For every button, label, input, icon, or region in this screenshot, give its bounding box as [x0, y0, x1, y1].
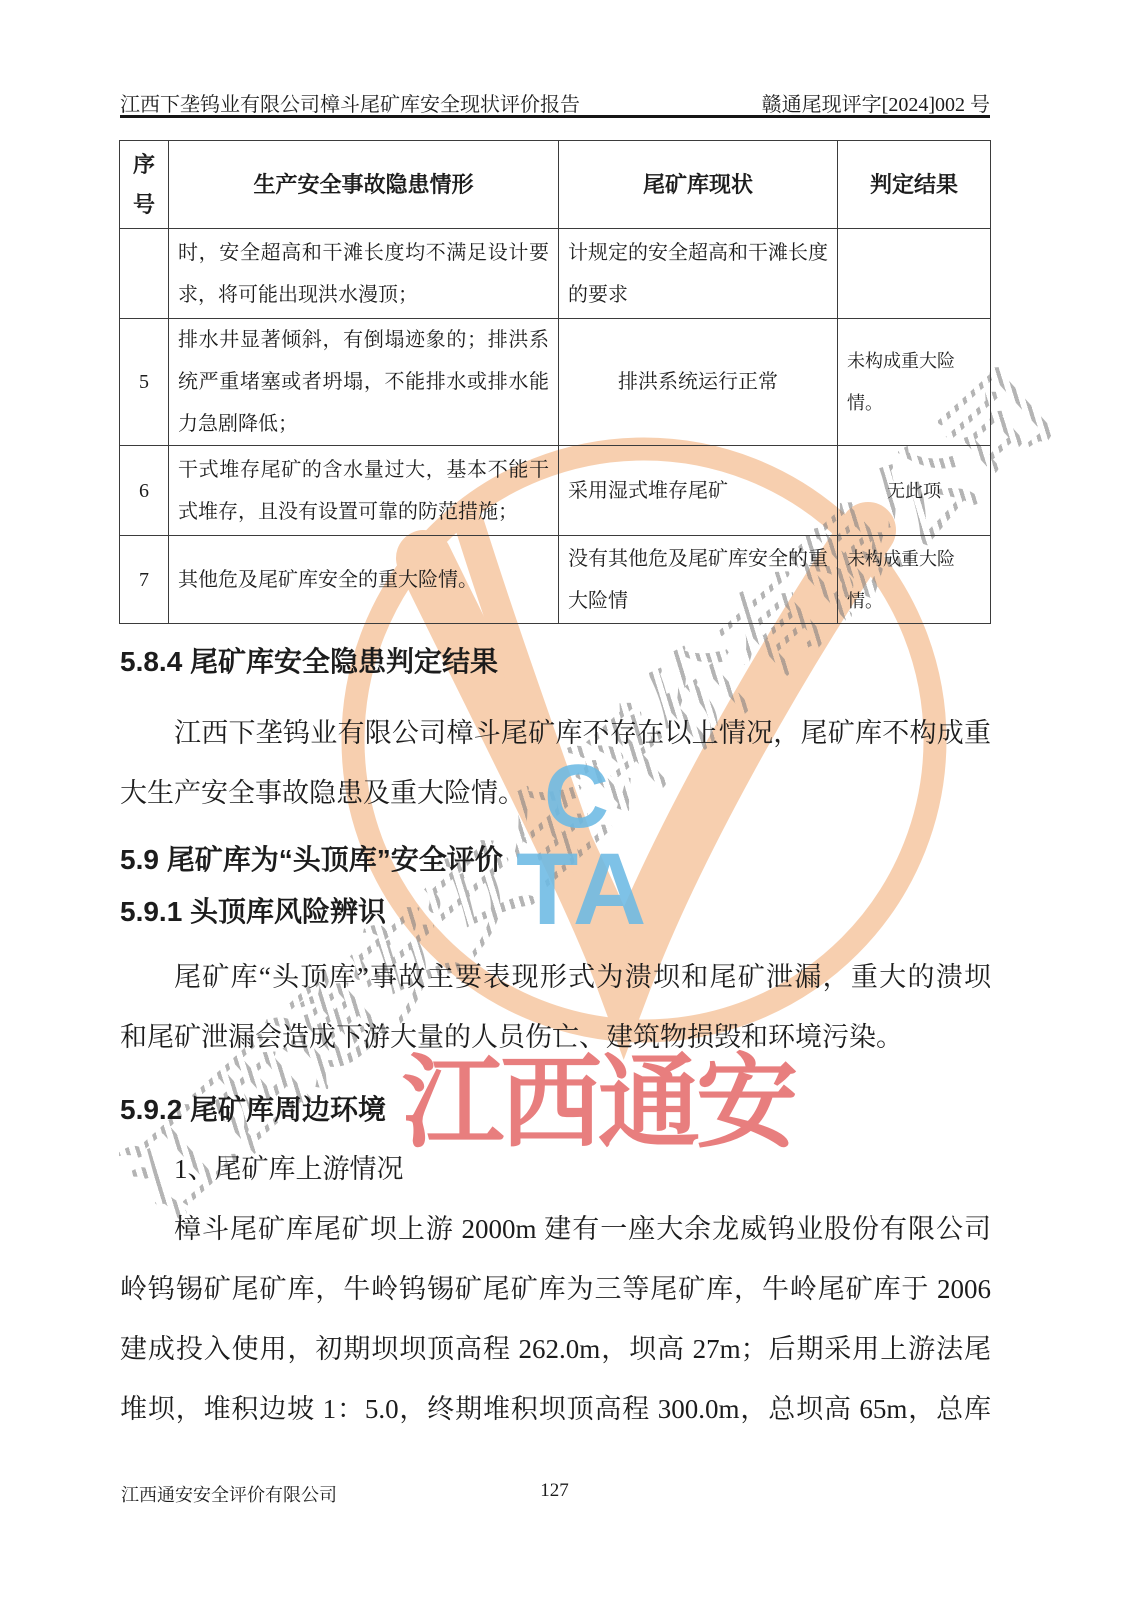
- cell-status: 没有其他危及尾矿库安全的重大险情: [559, 536, 838, 624]
- paragraph-line: 江西下垄钨业有限公司樟斗尾矿库不存在以上情况，尾矿库不构成重: [120, 716, 991, 750]
- paragraph-line: 樟斗尾矿库尾矿坝上游 2000m 建有一座大余龙威钨业股份有限公司牛: [120, 1212, 991, 1246]
- cell-situation: 其他危及尾矿库安全的重大险情。: [169, 536, 559, 624]
- col-header-status: 尾矿库现状: [559, 141, 838, 229]
- table-row: 5 排水井显著倾斜，有倒塌迹象的；排洪系统严重堵塞或者坍塌，不能排水或排水能力急…: [120, 319, 991, 446]
- hazard-judgement-table: 序 号 生产安全事故隐患情形 尾矿库现状 判定结果 时，安全超高和干滩长度均不满…: [119, 140, 991, 624]
- cell-situation: 时，安全超高和干滩长度均不满足设计要求，将可能出现洪水漫顶；: [169, 229, 559, 319]
- table-row: 6 干式堆存尾矿的含水量过大，基本不能干式堆存，且没有设置可靠的防范措施； 采用…: [120, 446, 991, 536]
- col-header-situation: 生产安全事故隐患情形: [169, 141, 559, 229]
- header-rule: [120, 115, 990, 118]
- section-heading-584: 5.8.4 尾矿库安全隐患判定结果: [120, 640, 1000, 680]
- table-row: 7 其他危及尾矿库安全的重大险情。 没有其他危及尾矿库安全的重大险情 未构成重大…: [120, 536, 991, 624]
- paragraph-line: 岭钨锡矿尾矿库，牛岭钨锡矿尾矿库为三等尾矿库，牛岭尾矿库于 2006 年: [120, 1272, 991, 1306]
- cell-status: 计规定的安全超高和干滩长度的要求: [559, 229, 838, 319]
- section-heading-59: 5.9 尾矿库为“头顶库”安全评价: [120, 838, 1000, 878]
- col-header-no: 序 号: [120, 141, 169, 229]
- section-heading-592: 5.9.2 尾矿库周边环境: [120, 1088, 1000, 1128]
- paragraph-line: 尾矿库“头顶库”事故主要表现形式为溃坝和尾矿泄漏，重大的溃坝: [120, 960, 991, 994]
- cell-status: 排洪系统运行正常: [559, 319, 838, 446]
- header-doc-number: 赣通尾现评字[2024]002 号: [762, 88, 990, 117]
- cell-result: 未构成重大险情。: [838, 319, 991, 446]
- list-item-upstream: 1、尾矿库上游情况: [120, 1152, 991, 1186]
- paragraph-line: 大生产安全事故隐患及重大险情。: [120, 776, 991, 810]
- col-header-result: 判定结果: [838, 141, 991, 229]
- document-page: 江西通安安全评价有限公司 C TA 江西通安 江西下垄钨业有限公司樟斗尾矿库安全…: [0, 0, 1131, 1600]
- cell-result: [838, 229, 991, 319]
- cell-situation: 干式堆存尾矿的含水量过大，基本不能干式堆存，且没有设置可靠的防范措施；: [169, 446, 559, 536]
- cell-no: 7: [120, 536, 169, 624]
- cell-no: [120, 229, 169, 319]
- header-report-title: 江西下垄钨业有限公司樟斗尾矿库安全现状评价报告: [120, 88, 580, 117]
- cell-status: 采用湿式堆存尾矿: [559, 446, 838, 536]
- paragraph-line: 和尾矿泄漏会造成下游大量的人员伤亡、建筑物损毁和环境污染。: [120, 1020, 991, 1054]
- cell-result: 无此项: [838, 446, 991, 536]
- cell-no: 6: [120, 446, 169, 536]
- cell-no: 5: [120, 319, 169, 446]
- document-content: 江西下垄钨业有限公司樟斗尾矿库安全现状评价报告 赣通尾现评字[2024]002 …: [0, 0, 1131, 1600]
- table-header-row: 序 号 生产安全事故隐患情形 尾矿库现状 判定结果: [120, 141, 991, 229]
- section-heading-591: 5.9.1 头顶库风险辨识: [120, 890, 1000, 930]
- cell-result: 未构成重大险情。: [838, 536, 991, 624]
- paragraph-line: 堆坝，堆积边坡 1：5.0，终期堆积坝顶高程 300.0m，总坝高 65m，总库…: [120, 1392, 991, 1426]
- footer-page-number: 127: [119, 1480, 990, 1502]
- cell-situation: 排水井显著倾斜，有倒塌迹象的；排洪系统严重堵塞或者坍塌，不能排水或排水能力急剧降…: [169, 319, 559, 446]
- table-row: 时，安全超高和干滩长度均不满足设计要求，将可能出现洪水漫顶； 计规定的安全超高和…: [120, 229, 991, 319]
- paragraph-line: 建成投入使用，初期坝坝顶高程 262.0m，坝高 27m；后期采用上游法尾矿: [120, 1332, 991, 1366]
